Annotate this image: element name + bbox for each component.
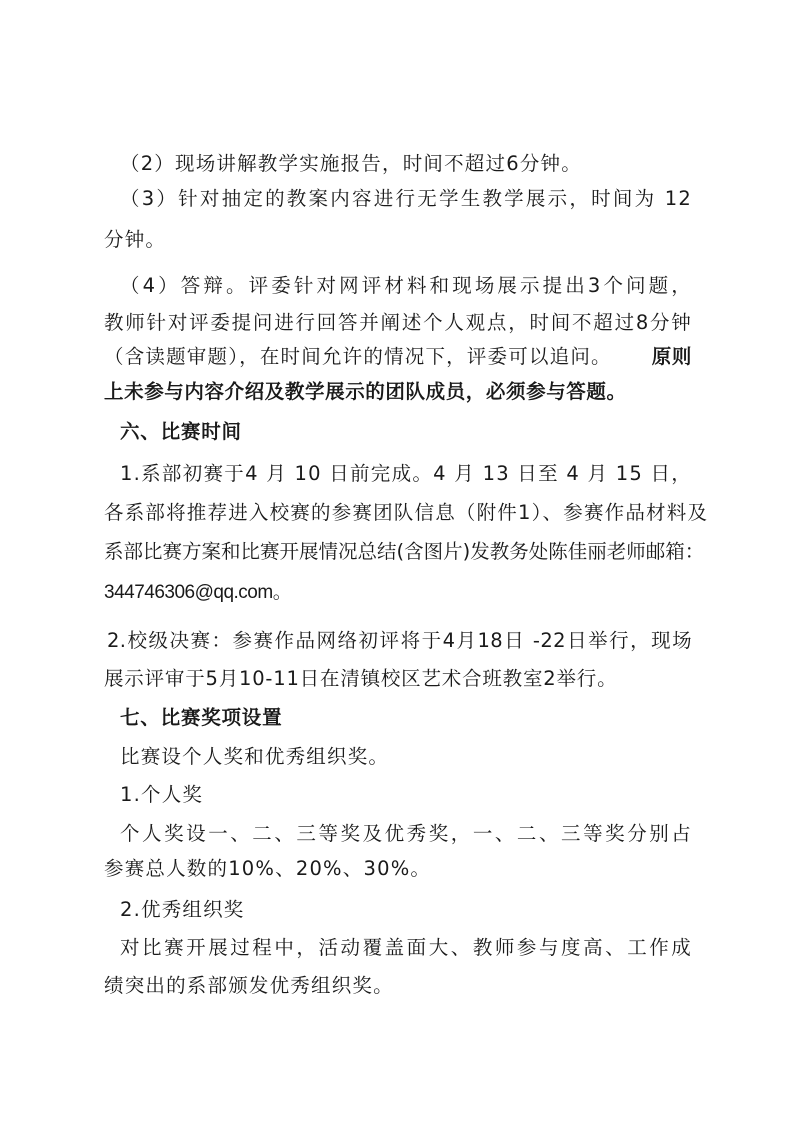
paragraph-item-4-line2: 教师针对评委提问进行回答并阐述个人观点，时间不超过8分钟 bbox=[104, 311, 692, 335]
section6-email: 344746306@qq.com。 bbox=[104, 581, 692, 605]
section7-sub1-title: 1.个人奖 bbox=[120, 783, 692, 807]
paragraph-item-4-line3-text: （含读题审题），在时间允许的情况下，评委可以追问。 bbox=[104, 345, 612, 369]
paragraph-item-4-line3: （含读题审题），在时间允许的情况下，评委可以追问。 原则 bbox=[104, 345, 692, 369]
section-heading-6: 六、比赛时间 bbox=[120, 420, 692, 444]
paragraph-item-4-line4-bold: 上未参与内容介绍及教学展示的团队成员，必须参与答题。 bbox=[104, 380, 692, 404]
section6-item2-line1: 2.校级决赛：参赛作品网络初评将于4月18日 -22日举行，现场 bbox=[107, 629, 692, 653]
section-heading-7: 七、比赛奖项设置 bbox=[120, 706, 692, 730]
paragraph-item-3-line1: （3）针对抽定的教案内容进行无学生教学展示，时间为 12 bbox=[120, 187, 692, 211]
document-page: （2）现场讲解教学实施报告，时间不超过6分钟。 （3）针对抽定的教案内容进行无学… bbox=[0, 0, 793, 1122]
section7-sub2-title: 2.优秀组织奖 bbox=[120, 898, 692, 922]
section6-item1-line1: 1.系部初赛于4 月 10 日前完成。4 月 13 日至 4 月 15 日， bbox=[120, 462, 692, 486]
section6-item1-line2: 各系部将推荐进入校赛的参赛团队信息（附件1）、参赛作品材料及 bbox=[104, 501, 692, 525]
section6-item1-line3: 系部比赛方案和比赛开展情况总结(含图片)发教务处陈佳丽老师邮箱： bbox=[104, 540, 692, 564]
section7-sub1-line2: 参赛总人数的10%、20%、30%。 bbox=[104, 857, 692, 881]
section7-sub1-line1: 个人奖设一、二、三等奖及优秀奖，一、二、三等奖分别占 bbox=[120, 822, 692, 846]
paragraph-item-2: （2）现场讲解教学实施报告，时间不超过6分钟。 bbox=[120, 152, 692, 176]
section7-intro: 比赛设个人奖和优秀组织奖。 bbox=[120, 745, 692, 769]
paragraph-item-3-line2: 分钟。 bbox=[104, 228, 692, 252]
section7-sub2-line1: 对比赛开展过程中，活动覆盖面大、教师参与度高、工作成 bbox=[120, 936, 692, 960]
paragraph-item-4-line3-bold: 原则 bbox=[652, 345, 692, 369]
paragraph-item-4-line1: （4）答辩。评委针对网评材料和现场展示提出3个问题， bbox=[120, 274, 692, 298]
section6-item2-line2: 展示评审于5月10-11日在清镇校区艺术合班教室2举行。 bbox=[104, 667, 692, 691]
section7-sub2-line2: 绩突出的系部颁发优秀组织奖。 bbox=[104, 974, 692, 998]
